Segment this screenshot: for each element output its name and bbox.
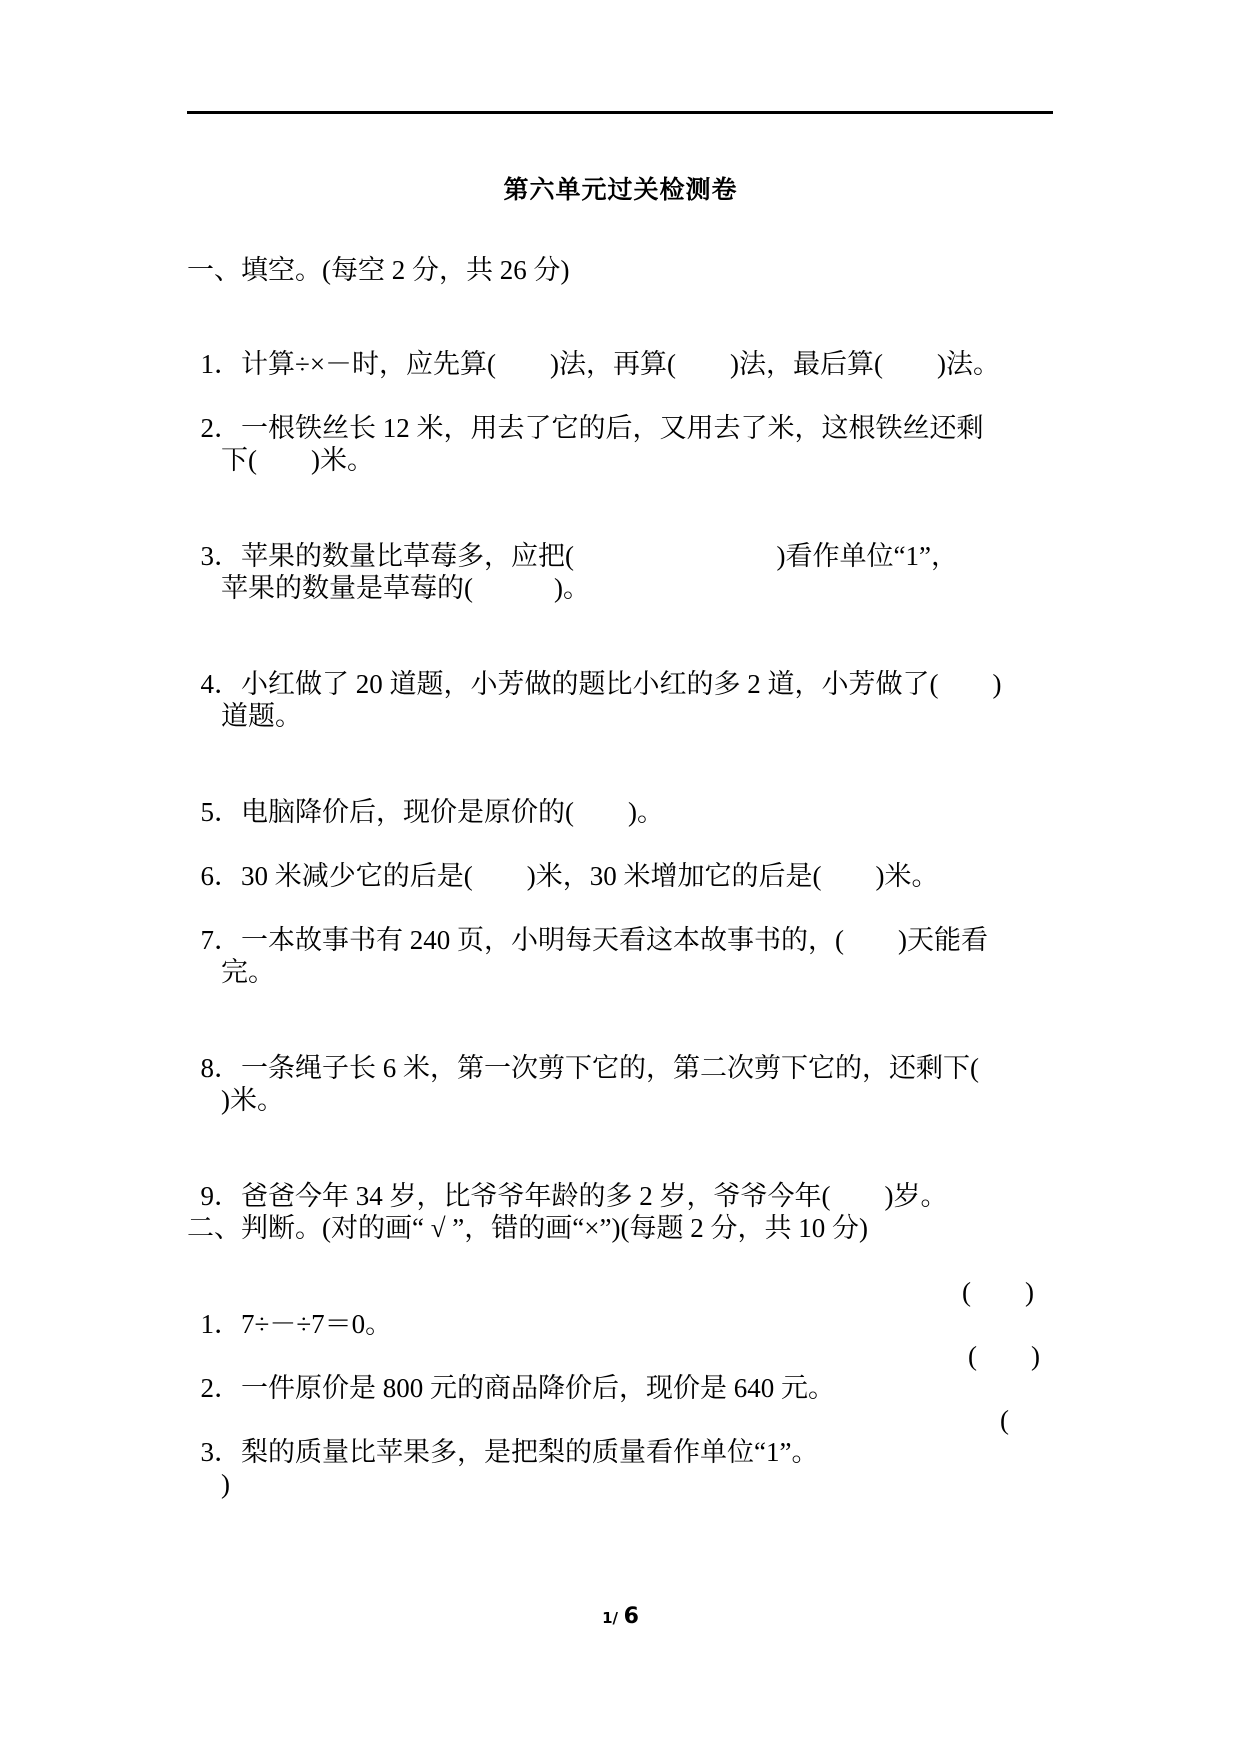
question-1-7-cont: 完。 xyxy=(221,956,275,988)
header-rule xyxy=(187,111,1053,114)
question-1-1: 1．计算÷×－时，应先算( )法，再算( )法，最后算( )法。 xyxy=(187,316,1000,380)
question-number: 5． xyxy=(201,797,242,827)
page-current: 1/ xyxy=(602,1609,618,1627)
question-1-2: 2．一根铁丝长 12 米，用去了它的后，又用去了米，这根铁丝还剩 xyxy=(187,380,984,444)
question-1-8: 8．一条绳子长 6 米，第一次剪下它的，第二次剪下它的，还剩下( xyxy=(187,1020,979,1084)
tf-answer-box-3-open[interactable]: ( xyxy=(1000,1404,1009,1436)
question-text: 梨的质量比苹果多，是把梨的质量看作单位“1”。 xyxy=(241,1437,818,1467)
tf-question-1: 1．7÷－÷7＝0。 xyxy=(187,1276,392,1340)
question-1-5: 5．电脑降价后，现价是原价的( )。 xyxy=(187,764,664,828)
question-number: 8． xyxy=(201,1053,242,1083)
question-text: 爸爸今年 34 岁，比爷爷年龄的多 2 岁，爷爷今年( )岁。 xyxy=(241,1181,947,1211)
question-text: 7÷－÷7＝0。 xyxy=(241,1309,392,1339)
question-text: 苹果的数量比草莓多，应把( )看作单位“1”， xyxy=(241,541,958,571)
question-1-3-cont: 苹果的数量是草莓的( )。 xyxy=(221,572,590,604)
tf-question-3: 3．梨的质量比苹果多，是把梨的质量看作单位“1”。 xyxy=(187,1404,818,1468)
question-1-4-cont: 道题。 xyxy=(221,700,302,732)
question-1-2-cont: 下( )米。 xyxy=(221,444,374,476)
question-text: 计算÷×－时，应先算( )法，再算( )法，最后算( )法。 xyxy=(241,349,1000,379)
tf-answer-box-1[interactable]: ( ) xyxy=(962,1276,1034,1308)
question-text: 一条绳子长 6 米，第一次剪下它的，第二次剪下它的，还剩下( xyxy=(241,1053,979,1083)
page-number: 1/ 6 xyxy=(0,1604,1241,1629)
question-number: 1． xyxy=(201,349,242,379)
question-number: 9． xyxy=(201,1181,242,1211)
question-number: 2． xyxy=(201,413,242,443)
tf-question-2: 2．一件原价是 800 元的商品降价后，现价是 640 元。 xyxy=(187,1340,835,1404)
question-text: 30 米减少它的后是( )米，30 米增加它的后是( )米。 xyxy=(241,861,938,891)
question-1-6: 6．30 米减少它的后是( )米，30 米增加它的后是( )米。 xyxy=(187,828,938,892)
question-text: 一本故事书有 240 页，小明每天看这本故事书的，( )天能看 xyxy=(241,925,988,955)
question-number: 7． xyxy=(201,925,242,955)
question-text: 一件原价是 800 元的商品降价后，现价是 640 元。 xyxy=(241,1373,835,1403)
question-1-3: 3．苹果的数量比草莓多，应把( )看作单位“1”， xyxy=(187,508,958,572)
page-total: 6 xyxy=(624,1604,639,1629)
question-text: 电脑降价后，现价是原价的( )。 xyxy=(241,797,664,827)
question-number: 4． xyxy=(201,669,242,699)
question-1-9: 9．爸爸今年 34 岁，比爷爷年龄的多 2 岁，爷爷今年( )岁。 xyxy=(187,1148,947,1212)
question-text: 小红做了 20 道题，小芳做的题比小红的多 2 道，小芳做了( ) xyxy=(241,669,1001,699)
section-heading-fill-blank: 一、填空。(每空 2 分，共 26 分) xyxy=(187,254,569,286)
question-1-8-cont: )米。 xyxy=(221,1084,284,1116)
tf-answer-box-2[interactable]: ( ) xyxy=(968,1340,1040,1372)
tf-answer-box-3-close[interactable]: ) xyxy=(221,1468,230,1500)
question-number: 3． xyxy=(201,541,242,571)
question-number: 6． xyxy=(201,861,242,891)
question-number: 2． xyxy=(201,1373,242,1403)
page-title: 第六单元过关检测卷 xyxy=(0,170,1241,206)
question-1-7: 7．一本故事书有 240 页，小明每天看这本故事书的，( )天能看 xyxy=(187,892,988,956)
question-1-4: 4．小红做了 20 道题，小芳做的题比小红的多 2 道，小芳做了( ) xyxy=(187,636,1001,700)
question-number: 1． xyxy=(201,1309,242,1339)
question-number: 3． xyxy=(201,1437,242,1467)
section-heading-true-false: 二、判断。(对的画“ √ ”，错的画“×”)(每题 2 分，共 10 分) xyxy=(187,1212,868,1244)
question-text: 一根铁丝长 12 米，用去了它的后，又用去了米，这根铁丝还剩 xyxy=(241,413,984,443)
